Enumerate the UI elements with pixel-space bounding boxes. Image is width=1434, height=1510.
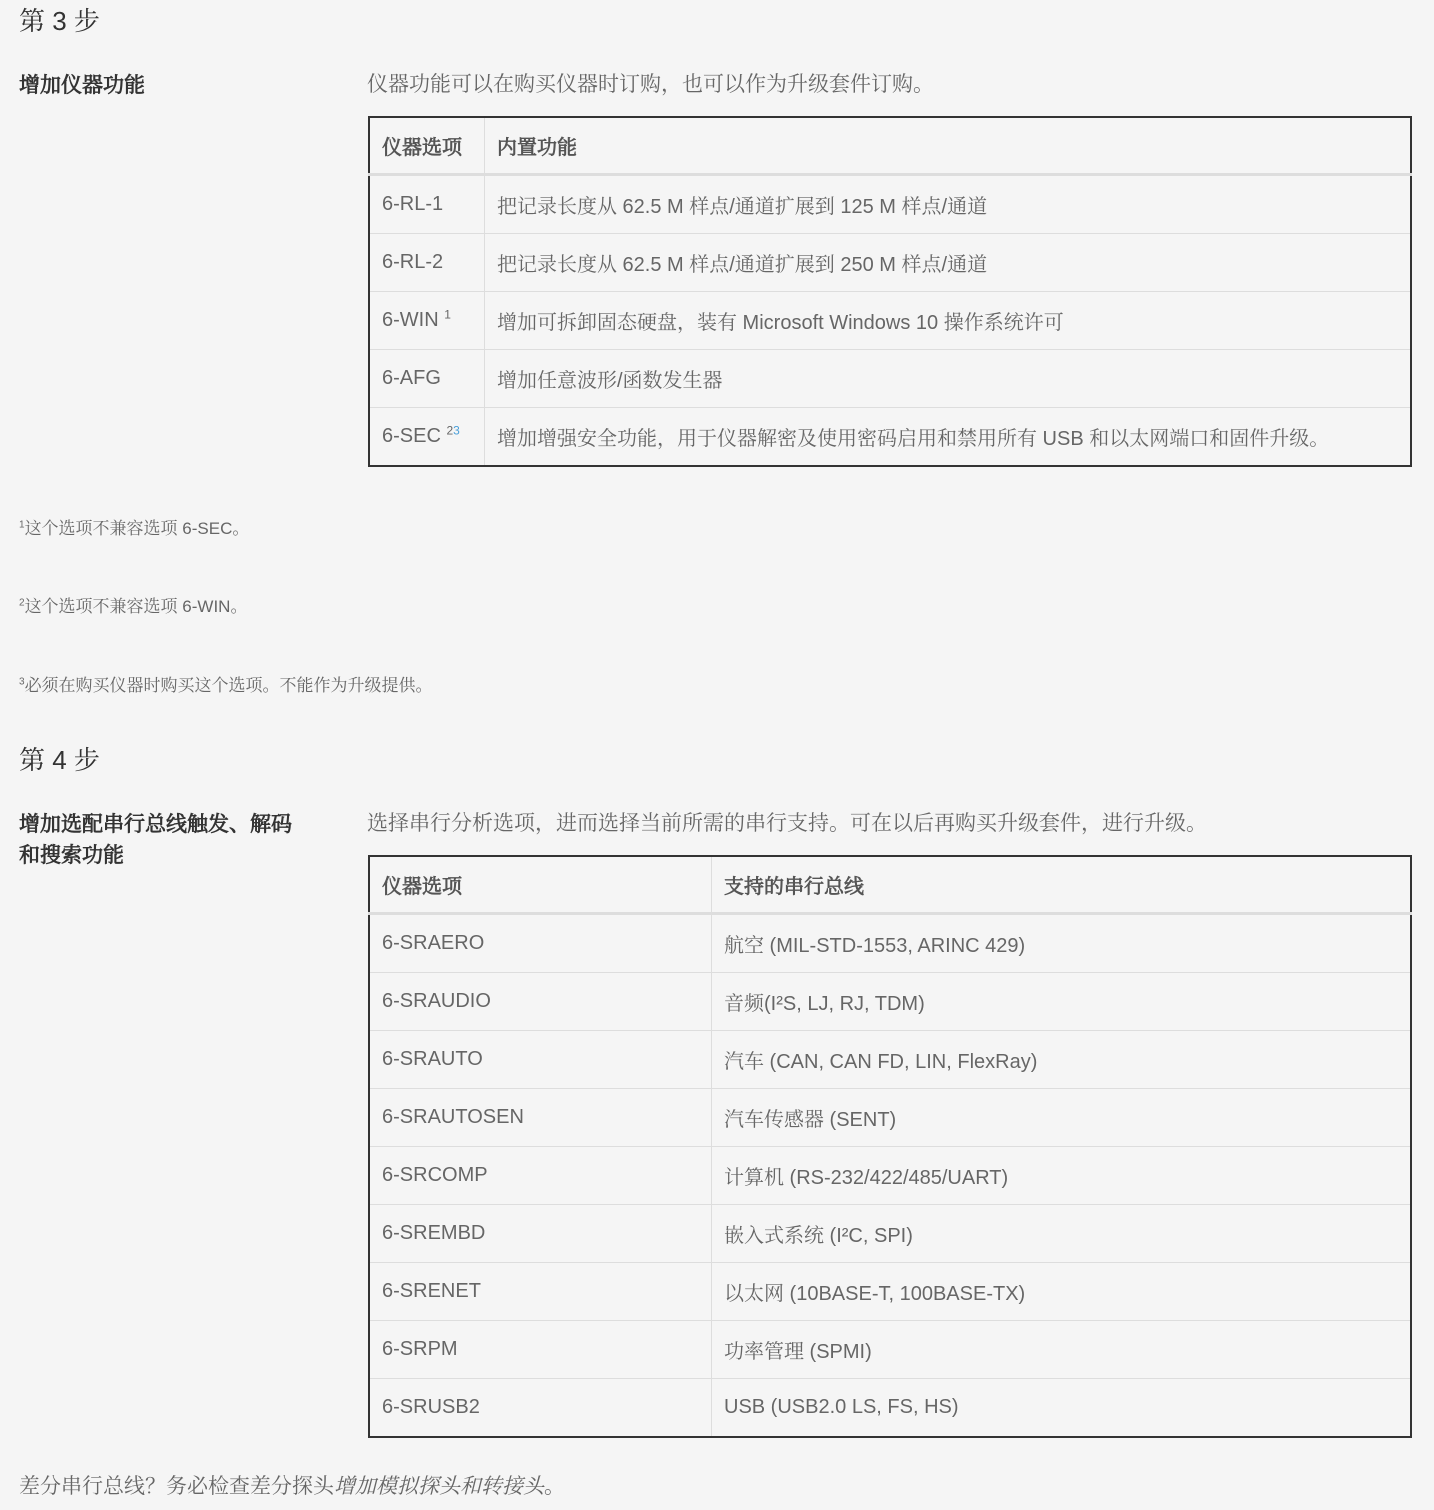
- analog-probes-link[interactable]: 增加模拟探头和转接头: [334, 1475, 544, 1498]
- option-cell: 6-SRPM: [369, 1321, 712, 1379]
- option-cell: 6-RL-2: [369, 234, 485, 292]
- step-4-intro: 选择串行分析选项，进而选择当前所需的串行支持。可在以后再购买升级套件，进行升级。: [367, 809, 1207, 839]
- table-row: 6-SRUSB2USB (USB2.0 LS, FS, HS): [369, 1379, 1411, 1438]
- table-header-row: 仪器选项 内置功能: [369, 117, 1411, 175]
- serial-bus-table: 仪器选项 支持的串行总线 6-SRAERO航空 (MIL-STD-1553, A…: [368, 855, 1412, 1438]
- table-row: 6-SRAUTOSEN汽车传感器 (SENT): [369, 1089, 1411, 1147]
- option-cell: 6-AFG: [369, 350, 485, 408]
- table-header-row: 仪器选项 支持的串行总线: [369, 856, 1411, 914]
- option-cell: 6-SRCOMP: [369, 1147, 712, 1205]
- table-row: 6-WIN 1 增加可拆卸固态硬盘，装有 Microsoft Windows 1…: [369, 292, 1411, 350]
- footnote-3: 3必须在购买仪器时购买这个选项。不能作为升级提供。: [19, 671, 433, 696]
- bus-cell: 嵌入式系统 (I²C, SPI): [712, 1205, 1412, 1263]
- feature-cell: 把记录长度从 62.5 M 样点/通道扩展到 125 M 样点/通道: [485, 175, 1412, 234]
- table-row: 6-SREMBD嵌入式系统 (I²C, SPI): [369, 1205, 1411, 1263]
- column-header-option: 仪器选项: [369, 117, 485, 175]
- bus-cell: 计算机 (RS-232/422/485/UART): [712, 1147, 1412, 1205]
- feature-cell: 增加可拆卸固态硬盘，装有 Microsoft Windows 10 操作系统许可: [485, 292, 1412, 350]
- column-header-bus: 支持的串行总线: [712, 856, 1412, 914]
- bus-cell: 汽车 (CAN, CAN FD, LIN, FlexRay): [712, 1031, 1412, 1089]
- option-cell: 6-SRAERO: [369, 914, 712, 973]
- footnote-ref[interactable]: 23: [446, 423, 459, 437]
- step-4-label: 增加选配串行总线触发、解码和搜索功能: [19, 809, 299, 871]
- option-cell: 6-RL-1: [369, 175, 485, 234]
- table-row: 6-SRENET以太网 (10BASE-T, 100BASE-TX): [369, 1263, 1411, 1321]
- step-3-title: 第 3 步: [19, 6, 100, 36]
- step-3-intro: 仪器功能可以在购买仪器时订购，也可以作为升级套件订购。: [367, 70, 934, 100]
- feature-cell: 把记录长度从 62.5 M 样点/通道扩展到 250 M 样点/通道: [485, 234, 1412, 292]
- bus-cell: 以太网 (10BASE-T, 100BASE-TX): [712, 1263, 1412, 1321]
- bus-cell: 功率管理 (SPMI): [712, 1321, 1412, 1379]
- table-row: 6-SRAUTO汽车 (CAN, CAN FD, LIN, FlexRay): [369, 1031, 1411, 1089]
- table-row: 6-SRAUDIO音频(I²S, LJ, RJ, TDM): [369, 973, 1411, 1031]
- feature-cell: 增加任意波形/函数发生器: [485, 350, 1412, 408]
- table-row: 6-SRPM功率管理 (SPMI): [369, 1321, 1411, 1379]
- table-row: 6-RL-2 把记录长度从 62.5 M 样点/通道扩展到 250 M 样点/通…: [369, 234, 1411, 292]
- table-row: 6-RL-1 把记录长度从 62.5 M 样点/通道扩展到 125 M 样点/通…: [369, 175, 1411, 234]
- footnote-link[interactable]: 3: [453, 423, 460, 437]
- bus-cell: USB (USB2.0 LS, FS, HS): [712, 1379, 1412, 1438]
- option-cell: 6-SRENET: [369, 1263, 712, 1321]
- footnote-ref[interactable]: 1: [444, 307, 451, 321]
- table-row: 6-SEC 23 增加增强安全功能，用于仪器解密及使用密码启用和禁用所有 USB…: [369, 408, 1411, 467]
- column-header-feature: 内置功能: [485, 117, 1412, 175]
- step-3-label: 增加仪器功能: [19, 70, 299, 101]
- table-row: 6-AFG 增加任意波形/函数发生器: [369, 350, 1411, 408]
- feature-cell: 增加增强安全功能，用于仪器解密及使用密码启用和禁用所有 USB 和以太网端口和固…: [485, 408, 1412, 467]
- column-header-option: 仪器选项: [369, 856, 712, 914]
- step-4-title: 第 4 步: [19, 745, 100, 775]
- option-cell: 6-SRUSB2: [369, 1379, 712, 1438]
- option-cell: 6-SRAUDIO: [369, 973, 712, 1031]
- instrument-features-table: 仪器选项 内置功能 6-RL-1 把记录长度从 62.5 M 样点/通道扩展到 …: [368, 116, 1412, 467]
- option-cell: 6-SRAUTO: [369, 1031, 712, 1089]
- table-row: 6-SRCOMP计算机 (RS-232/422/485/UART): [369, 1147, 1411, 1205]
- footnote-2: 2这个选项不兼容选项 6-WIN。: [19, 592, 247, 617]
- differential-probe-note: 差分串行总线？务必检查差分探头增加模拟探头和转接头。: [19, 1470, 565, 1500]
- bus-cell: 汽车传感器 (SENT): [712, 1089, 1412, 1147]
- bus-cell: 音频(I²S, LJ, RJ, TDM): [712, 973, 1412, 1031]
- option-cell: 6-WIN 1: [369, 292, 485, 350]
- footnote-1: 1这个选项不兼容选项 6-SEC。: [19, 514, 249, 539]
- option-cell: 6-SRAUTOSEN: [369, 1089, 712, 1147]
- table-row: 6-SRAERO航空 (MIL-STD-1553, ARINC 429): [369, 914, 1411, 973]
- bus-cell: 航空 (MIL-STD-1553, ARINC 429): [712, 914, 1412, 973]
- option-cell: 6-SEC 23: [369, 408, 485, 467]
- option-cell: 6-SREMBD: [369, 1205, 712, 1263]
